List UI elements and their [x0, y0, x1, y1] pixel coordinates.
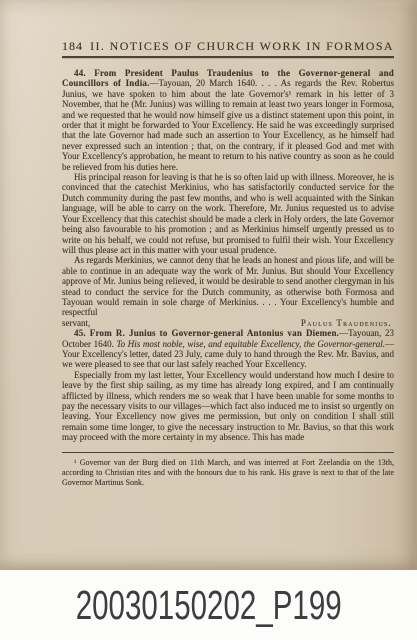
running-header: 184 II. NOTICES OF CHURCH WORK IN FORMOS… — [62, 40, 394, 53]
archive-id-label: 20030150202_P199 — [76, 585, 342, 626]
book-page-photo: 184 II. NOTICES OF CHURCH WORK IN FORMOS… — [0, 0, 417, 570]
entry-44-paragraph-3: As regards Merkinius, we cannot deny tha… — [62, 255, 394, 317]
scanned-book-page-screenshot: 184 II. NOTICES OF CHURCH WORK IN FORMOS… — [0, 0, 417, 640]
archive-label-strip: 20030150202_P199 — [0, 570, 417, 640]
footnote-rule — [62, 452, 394, 454]
signature-word-servant: servant, — [62, 318, 90, 328]
entry-44-paragraph-2: His principal reason for leaving is that… — [62, 172, 394, 255]
entry-45-salutation: To His most noble, wise, and equitable E… — [116, 339, 385, 349]
header-rule — [62, 56, 394, 58]
running-title: II. NOTICES OF CHURCH WORK IN FORMOSA — [90, 40, 394, 53]
page-number: 184 — [62, 40, 90, 53]
entry-45-paragraph-1: 45. From R. Junius to Governor-general A… — [62, 328, 394, 370]
entry-44-paragraph-1-text: —Tayouan, 20 March 1640. . . . As regard… — [62, 78, 394, 171]
entry-44-paragraph-1: 44. From President Paulus Traudenius to … — [62, 68, 394, 172]
page-text-block: 184 II. NOTICES OF CHURCH WORK IN FORMOS… — [62, 40, 394, 488]
signature-row: servant, Paulus Traudenius. — [62, 318, 394, 328]
footnote-text: ¹ Governor van der Burg died on 11th Mar… — [62, 458, 394, 487]
entry-45-paragraph-2: Especially from my last letter, Your Exc… — [62, 370, 394, 443]
entry-45-heading: 45. From R. Junius to Governor-general A… — [74, 328, 339, 338]
signature-name: Paulus Traudenius. — [301, 318, 394, 328]
